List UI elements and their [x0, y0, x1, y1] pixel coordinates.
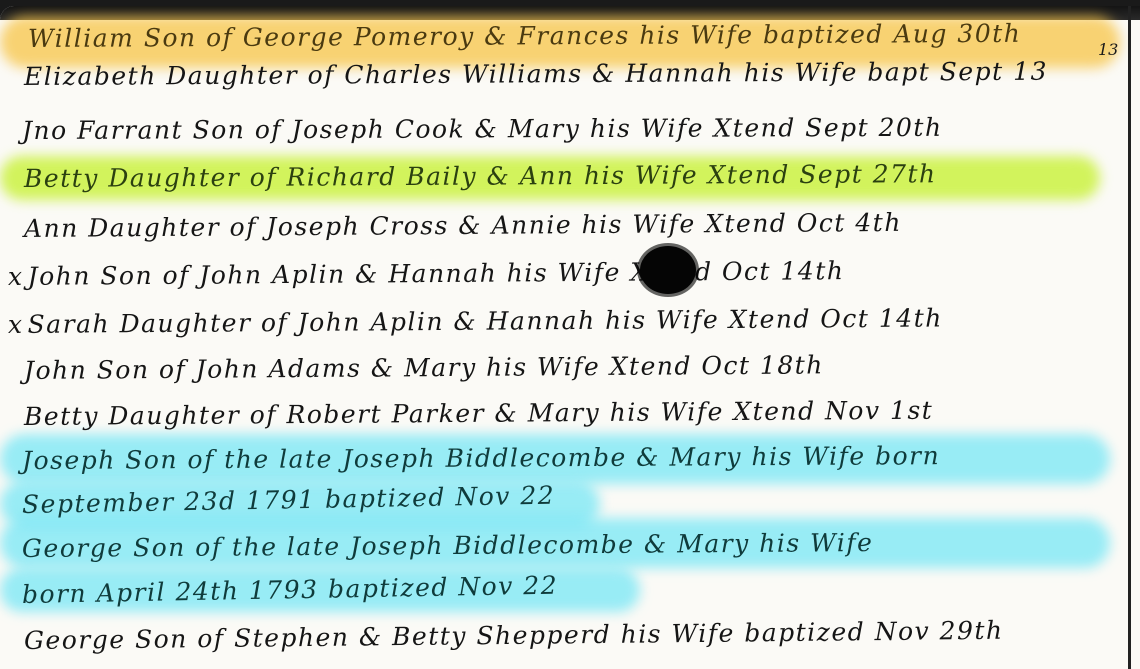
page-margin-rule: [1128, 6, 1131, 669]
cross-mark: x: [8, 262, 24, 291]
entry-text: Betty Daughter of Robert Parker & Mary h…: [24, 396, 933, 431]
register-entry: Betty Daughter of Richard Baily & Ann hi…: [24, 159, 937, 193]
register-entry: Betty Daughter of Robert Parker & Mary h…: [24, 396, 933, 431]
entry-text: George Son of Stephen & Betty Shepperd h…: [24, 616, 1004, 655]
entry-text: John Son of John Adams & Mary his Wife X…: [24, 350, 824, 385]
register-entry: Joseph Son of the late Joseph Biddlecomb…: [22, 441, 940, 475]
entry-text: William Son of George Pomeroy & Frances …: [28, 19, 1021, 53]
register-entry: xSarah Daughter of John Aplin & Hannah h…: [8, 303, 943, 339]
entry-text: Betty Daughter of Richard Baily & Ann hi…: [24, 159, 937, 193]
entry-text: Ann Daughter of Joseph Cross & Annie his…: [24, 208, 902, 243]
register-entry: William Son of George Pomeroy & Frances …: [28, 19, 1021, 53]
entry-text: Joseph Son of the late Joseph Biddlecomb…: [22, 441, 940, 475]
register-entry: xJohn Son of John Aplin & Hannah his Wif…: [8, 256, 845, 291]
register-entry: Jno Farrant Son of Joseph Cook & Mary hi…: [22, 113, 943, 145]
register-entry: Elizabeth Daughter of Charles Williams &…: [24, 57, 1048, 91]
register-entry: John Son of John Adams & Mary his Wife X…: [24, 350, 824, 385]
entry-text: Elizabeth Daughter of Charles Williams &…: [24, 57, 1048, 91]
register-entry: George Son of the late Joseph Biddlecomb…: [22, 528, 874, 563]
ink-blot: [640, 246, 696, 294]
register-entry: George Son of Stephen & Betty Shepperd h…: [24, 616, 1004, 655]
entry-text: Sarah Daughter of John Aplin & Hannah hi…: [28, 303, 943, 338]
margin-note: 13: [1098, 40, 1118, 59]
entry-text: George Son of the late Joseph Biddlecomb…: [22, 528, 874, 563]
entry-text: Jno Farrant Son of Joseph Cook & Mary hi…: [22, 113, 943, 145]
entry-text: John Son of John Aplin & Hannah his Wife…: [28, 256, 845, 291]
register-entry: Ann Daughter of Joseph Cross & Annie his…: [24, 208, 902, 243]
cross-mark: x: [8, 310, 24, 339]
register-page: William Son of George Pomeroy & Frances …: [0, 6, 1140, 669]
